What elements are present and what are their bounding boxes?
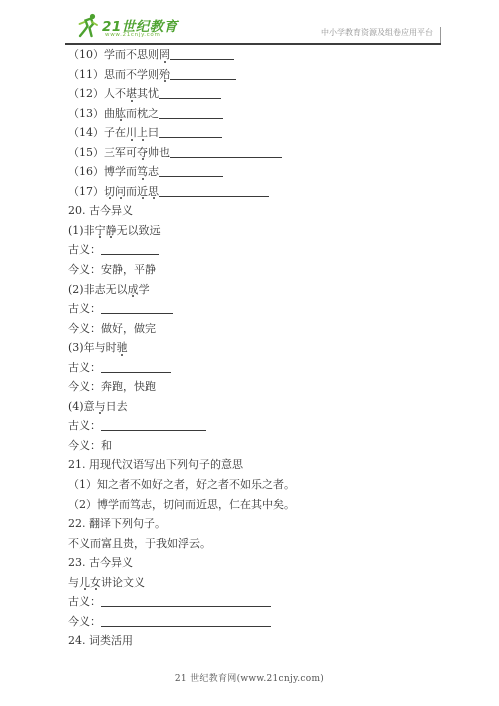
answer-blank (101, 242, 159, 255)
line-text: （12）人不 (68, 87, 126, 100)
document-lines: （10）学而不思则罔（11）思而不学则殆（12）人不堪其忧（13）曲肱而枕之（1… (68, 45, 473, 651)
brand-site-url: www.21cnjy.com (105, 32, 161, 38)
line-text: 古义： (68, 419, 101, 432)
answer-blank (159, 106, 223, 119)
line-text: 古义： (68, 361, 101, 374)
answer-blank (101, 418, 206, 431)
line-text: 20. 古今异义 (68, 204, 133, 217)
emphasized-char: 川 (126, 123, 137, 143)
line-text: （11）思而不学则 (68, 68, 159, 81)
emphasized-char: 驰 (117, 338, 128, 358)
document-line: 与儿女讲论文义 (68, 573, 473, 593)
emphasized-char: 与 (95, 397, 106, 417)
document-line: 古义： (68, 416, 473, 436)
document-line: 古义： (68, 299, 473, 319)
document-line: (4)意与日去 (68, 397, 473, 417)
answer-blank (159, 164, 223, 177)
line-text: （15）三军可 (68, 146, 137, 159)
line-text: （1）知之者不如好之者，好之者不如乐之者。 (68, 478, 295, 491)
line-text: （13）曲 (68, 107, 115, 120)
line-text: 其忧 (137, 87, 159, 100)
line-text: 帅也 (148, 146, 170, 159)
document-line: （14）子在川上曰 (68, 123, 473, 143)
document-line: 24. 词类活用 (68, 631, 473, 651)
line-text: （16）博学而 (68, 165, 137, 178)
emphasized-char: 儿 (79, 573, 90, 593)
line-text: 古义： (68, 243, 101, 256)
answer-blank (170, 47, 234, 60)
document-line: (3)年与时驰 (68, 338, 473, 358)
line-text: 今义：做好，做完 (68, 322, 156, 335)
document-line: （1）知之者不如好之者，好之者不如乐之者。 (68, 475, 473, 495)
line-text: 今义：和 (68, 439, 112, 452)
document-line: 21. 用现代汉语写出下列句子的意思 (68, 455, 473, 475)
emphasized-char: 静 (106, 221, 117, 241)
answer-blank (170, 145, 282, 158)
line-text: 而 (126, 185, 137, 198)
emphasized-char: 切 (104, 182, 115, 202)
line-text: (2)非志无以 (68, 283, 128, 296)
line-text: (1)非 (68, 224, 95, 237)
emphasized-char: 成 (128, 280, 139, 300)
emphasized-char: 近 (137, 182, 148, 202)
line-text: 古义： (68, 302, 101, 315)
document-line: （17）切问而近思 (68, 182, 473, 202)
emphasized-char: 宁 (95, 221, 106, 241)
line-text: 23. 古今异义 (68, 556, 133, 569)
document-line: 今义：和 (68, 436, 473, 456)
answer-blank (101, 614, 271, 627)
worksheet-page: 21世纪教育 www.21cnjy.com 中小学教育资源及组卷应用平台 （10… (0, 0, 499, 706)
line-text: 今义：奔跑，快跑 (68, 380, 156, 393)
document-line: 古义： (68, 240, 473, 260)
emphasized-char: 罔 (159, 45, 170, 65)
line-text: （17） (68, 185, 104, 198)
line-text: 与 (68, 576, 79, 589)
emphasized-char: 殆 (159, 65, 170, 85)
document-line: （12）人不堪其忧 (68, 84, 473, 104)
line-text: 志 (148, 165, 159, 178)
emphasized-char: 夺 (137, 143, 148, 163)
line-text: 讲论文义 (101, 576, 145, 589)
document-line: （13）曲肱而枕之 (68, 104, 473, 124)
document-line: （11）思而不学则殆 (68, 65, 473, 85)
line-text: 今义： (68, 615, 101, 628)
emphasized-char: 思 (148, 182, 159, 202)
document-line: 古义： (68, 592, 473, 612)
answer-blank (101, 594, 271, 607)
answer-blank (159, 184, 269, 197)
runner-logo-icon (78, 13, 99, 38)
document-line: （16）博学而笃志 (68, 162, 473, 182)
document-line: 不义而富且贵，于我如浮云。 (68, 534, 473, 554)
document-line: (1)非宁静无以致远 (68, 221, 473, 241)
line-text: 而枕之 (126, 107, 159, 120)
emphasized-char: 问 (115, 182, 126, 202)
document-line: 23. 古今异义 (68, 553, 473, 573)
document-line: 今义： (68, 612, 473, 632)
line-text: （14）子在 (68, 126, 126, 139)
line-text: 学 (139, 283, 150, 296)
document-line: 今义：奔跑，快跑 (68, 377, 473, 397)
answer-blank (159, 86, 221, 99)
document-line: (2)非志无以成学 (68, 280, 473, 300)
document-line: （15）三军可夺帅也 (68, 143, 473, 163)
answer-blank (159, 125, 222, 138)
line-text: （10）学而不思则 (68, 48, 159, 61)
document-line: 20. 古今异义 (68, 201, 473, 221)
page-footer: 21 世纪教育网(www.21cnjy.com) (0, 671, 499, 684)
line-text: 24. 词类活用 (68, 634, 133, 647)
document-line: 22. 翻译下列句子。 (68, 514, 473, 534)
line-text: （2）博学而笃志，切问而近思，仁在其中矣。 (68, 498, 295, 511)
document-line: （10）学而不思则罔 (68, 45, 473, 65)
emphasized-char: 上 (137, 123, 148, 143)
line-text: (4)意 (68, 400, 95, 413)
document-line: 今义：安静，平静 (68, 260, 473, 280)
document-line: （2）博学而笃志，切问而近思，仁在其中矣。 (68, 495, 473, 515)
emphasized-char: 肱 (115, 104, 126, 124)
line-text: 古义： (68, 595, 101, 608)
document-line: 古义： (68, 358, 473, 378)
line-text: 22. 翻译下列句子。 (68, 517, 166, 530)
answer-blank (170, 67, 236, 80)
line-text: 不义而富且贵，于我如浮云。 (68, 537, 211, 550)
document-line: 今义：做好，做完 (68, 319, 473, 339)
line-text: 今义：安静，平静 (68, 263, 156, 276)
emphasized-char: 女 (90, 573, 101, 593)
line-text: 21. 用现代汉语写出下列句子的意思 (68, 458, 243, 471)
emphasized-char: 堪 (126, 84, 137, 104)
answer-blank (101, 360, 171, 373)
line-text: 日去 (106, 400, 128, 413)
emphasized-char: 笃 (137, 162, 148, 182)
line-text: 曰 (148, 126, 159, 139)
line-text: 无以致远 (117, 224, 161, 237)
line-text: (3)年与时 (68, 341, 117, 354)
page-header: 21世纪教育 www.21cnjy.com 中小学教育资源及组卷应用平台 (65, 12, 441, 44)
answer-blank (101, 301, 173, 314)
